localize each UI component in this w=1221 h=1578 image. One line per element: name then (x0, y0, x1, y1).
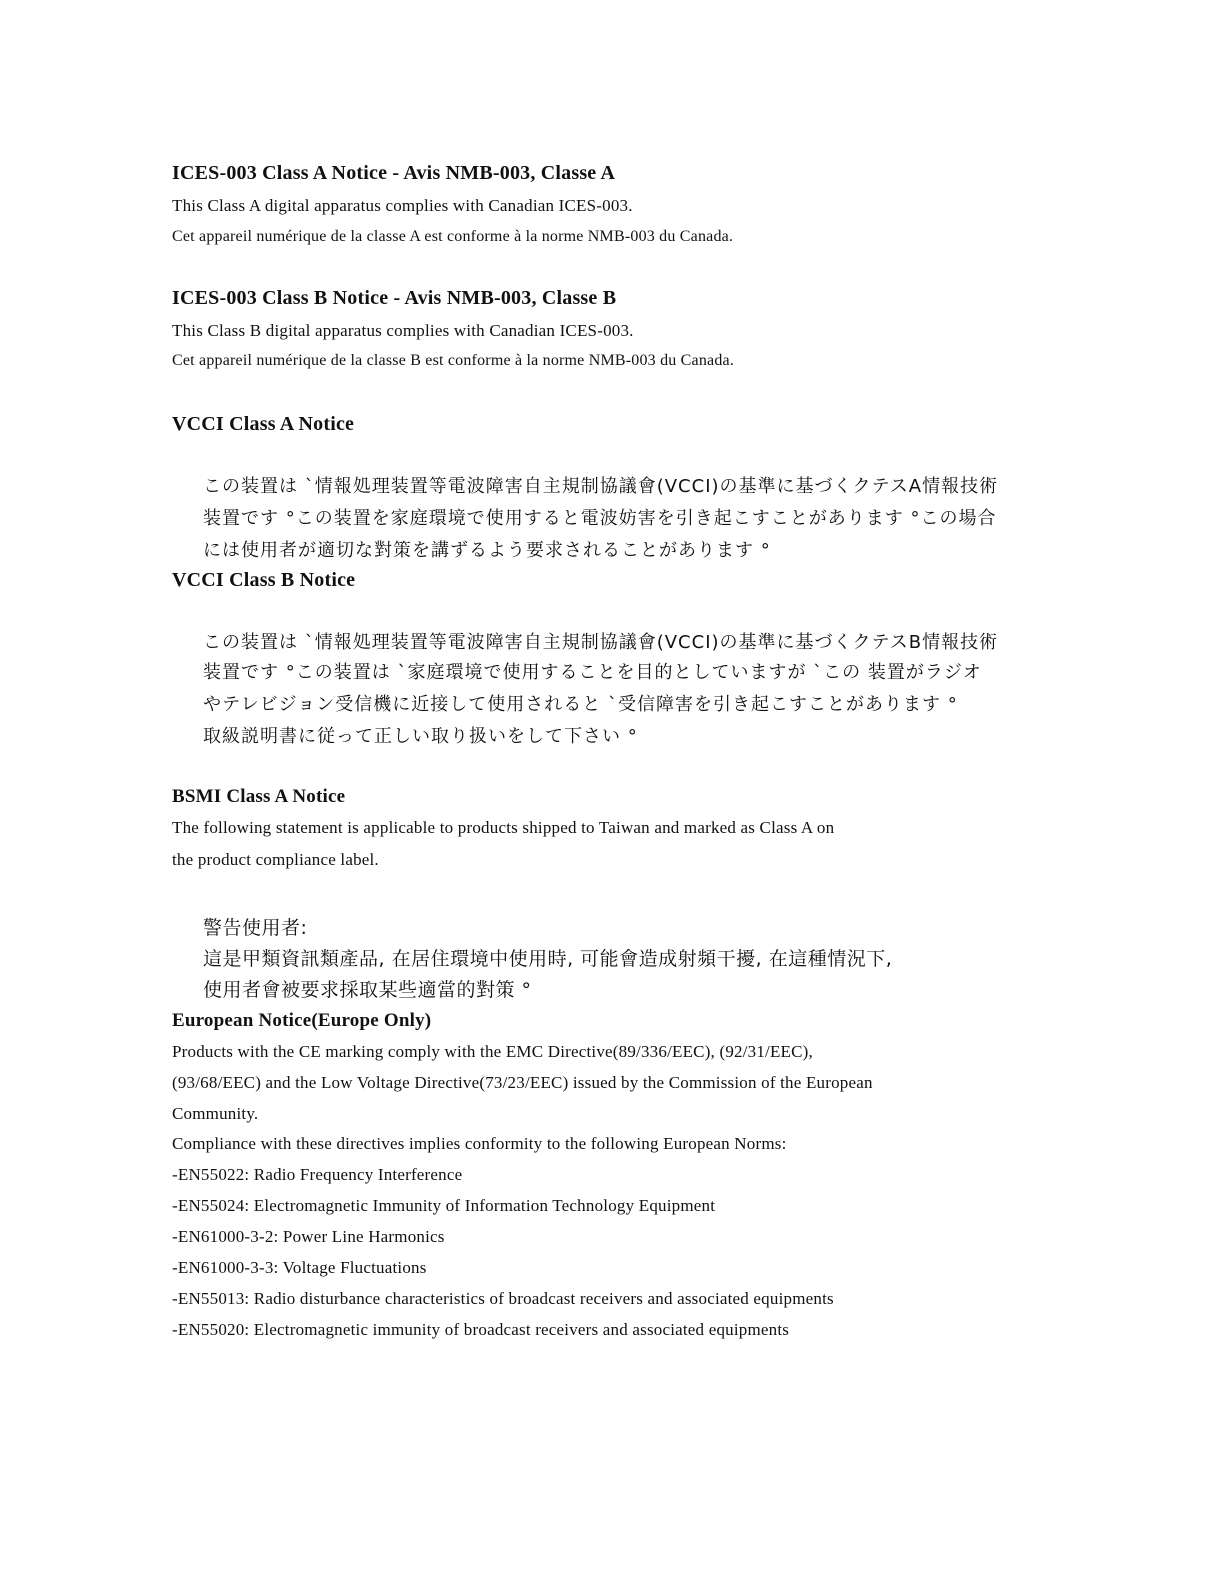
norm-en55020: -EN55020: Electromagnetic immunity of br… (172, 1320, 789, 1340)
bsmi-warning-label: 警告使用者: (203, 913, 307, 940)
bsmi-a-line-2: the product compliance label. (172, 850, 379, 870)
ices-b-line-fr: Cet appareil numérique de la classe B es… (172, 352, 734, 370)
vcci-b-title: VCCI Class B Notice (172, 569, 355, 592)
ices-a-title: ICES-003 Class A Notice - Avis NMB-003, … (172, 162, 615, 185)
document-page: ICES-003 Class A Notice - Avis NMB-003, … (0, 0, 1221, 1578)
ices-b-line-en: This Class B digital apparatus complies … (172, 321, 634, 341)
norm-en55013: -EN55013: Radio disturbance characterist… (172, 1289, 834, 1309)
vcci-b-line-4: 取級説明書に従って正しい取り扱いをして下さい ° (203, 722, 638, 748)
norm-en55022: -EN55022: Radio Frequency Interference (172, 1165, 462, 1185)
vcci-a-title: VCCI Class A Notice (172, 413, 354, 436)
europe-line-4: Compliance with these directives implies… (172, 1134, 787, 1154)
ices-b-title: ICES-003 Class B Notice - Avis NMB-003, … (172, 287, 616, 310)
norm-en61000-3-2: -EN61000-3-2: Power Line Harmonics (172, 1227, 445, 1247)
europe-title: European Notice(Europe Only) (172, 1010, 431, 1032)
europe-line-3: Community. (172, 1104, 258, 1124)
vcci-b-line-2: 装置です °この装置は `家庭環境で使用することを目的としていますが `この 装… (203, 658, 982, 684)
ices-a-line-en: This Class A digital apparatus complies … (172, 196, 633, 216)
europe-line-1: Products with the CE marking comply with… (172, 1042, 813, 1062)
vcci-b-line-1: この装置は `情報処理装置等電波障害自主規制協議會(VCCI)の基準に基づくクテ… (203, 628, 998, 654)
vcci-a-line-2: 装置です °この装置を家庭環境で使用すると電波妨害を引き起こすことがあります °… (203, 504, 996, 530)
bsmi-warning-line-1: 這是甲類資訊類產品, 在居住環境中使用時, 可能會造成射頻干擾, 在這種情況下, (203, 944, 892, 971)
europe-line-2: (93/68/EEC) and the Low Voltage Directiv… (172, 1073, 873, 1093)
ices-a-line-fr: Cet appareil numérique de la classe A es… (172, 228, 733, 246)
bsmi-a-title: BSMI Class A Notice (172, 786, 345, 808)
norm-en61000-3-3: -EN61000-3-3: Voltage Fluctuations (172, 1258, 427, 1278)
vcci-a-line-1: この装置は `情報処理装置等電波障害自主規制協議會(VCCI)の基準に基づくクテ… (203, 472, 998, 498)
vcci-b-line-3: やテレビジョン受信機に近接して使用されると `受信障害を引き起こすことがあります… (203, 690, 958, 716)
norm-en55024: -EN55024: Electromagnetic Immunity of In… (172, 1196, 715, 1216)
bsmi-a-line-1: The following statement is applicable to… (172, 818, 834, 838)
bsmi-warning-line-2: 使用者會被要求採取某些適當的對策 ° (203, 975, 532, 1002)
vcci-a-line-3: には使用者が適切な對策を講ずるよう要求されることがあります ° (203, 536, 771, 562)
